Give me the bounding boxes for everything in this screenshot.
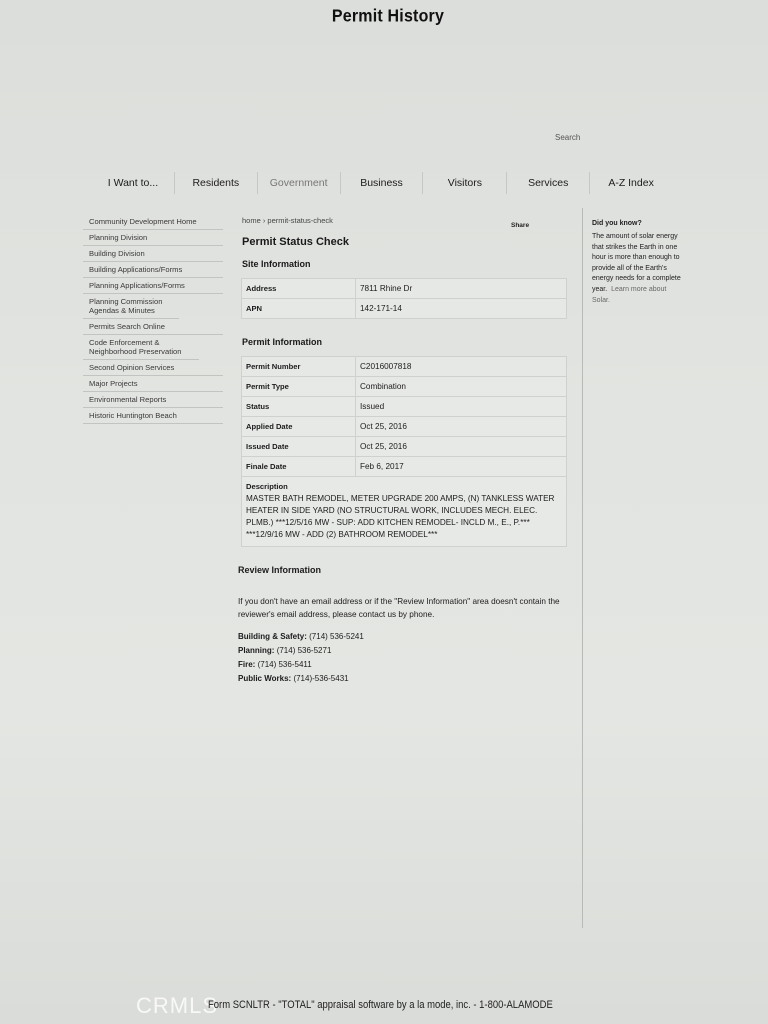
contact-fire: Fire: (714) 536-5411 xyxy=(238,658,570,672)
table-row: Description MASTER BATH REMODEL, METER U… xyxy=(242,477,567,547)
nav-government[interactable]: Government xyxy=(258,172,341,194)
column-divider xyxy=(582,208,583,928)
finale-date-label: Finale Date xyxy=(242,457,356,477)
did-you-know-text: The amount of solar energy that strikes … xyxy=(592,232,682,306)
apn-label: APN xyxy=(242,299,356,319)
issued-date-value: Oct 25, 2016 xyxy=(356,437,567,457)
description-text: MASTER BATH REMODEL, METER UPGRADE 200 A… xyxy=(246,493,562,541)
main-content: home › permit-status-check Share Permit … xyxy=(238,216,570,686)
status-label: Status xyxy=(242,397,356,417)
sidebar-item-planning-applications[interactable]: Planning Applications/Forms xyxy=(83,278,223,294)
permit-information-table: Permit Number C2016007818 Permit Type Co… xyxy=(241,356,567,547)
review-information-heading: Review Information xyxy=(238,565,570,575)
applied-date-label: Applied Date xyxy=(242,417,356,437)
description-label: Description xyxy=(246,481,562,493)
nav-visitors[interactable]: Visitors xyxy=(423,172,507,194)
form-footer: Form SCNLTR - "TOTAL" appraisal software… xyxy=(208,999,553,1011)
contact-building-safety: Building & Safety: (714) 536-5241 xyxy=(238,630,570,644)
address-label: Address xyxy=(242,279,356,299)
phone-number[interactable]: (714) 536-5411 xyxy=(258,660,312,669)
status-value: Issued xyxy=(356,397,567,417)
nav-services[interactable]: Services xyxy=(507,172,590,194)
table-row: Finale Date Feb 6, 2017 xyxy=(242,457,567,477)
nav-residents[interactable]: Residents xyxy=(175,172,258,194)
page-title: Permit Status Check xyxy=(242,236,570,248)
sidebar-nav: Community Development Home Planning Divi… xyxy=(83,214,223,424)
finale-date-value: Feb 6, 2017 xyxy=(356,457,567,477)
sidebar-item-building-applications[interactable]: Building Applications/Forms xyxy=(83,262,223,278)
sidebar-item-second-opinion[interactable]: Second Opinion Services xyxy=(83,360,223,376)
issued-date-label: Issued Date xyxy=(242,437,356,457)
phone-number[interactable]: (714)-536-5431 xyxy=(293,674,348,683)
contact-planning: Planning: (714) 536-5271 xyxy=(238,644,570,658)
sidebar-item-planning-commission[interactable]: Planning Commission Agendas & Minutes xyxy=(83,294,179,319)
permit-number-value: C2016007818 xyxy=(356,357,567,377)
nav-a-z-index[interactable]: A-Z Index xyxy=(590,172,672,194)
table-row: Issued Date Oct 25, 2016 xyxy=(242,437,567,457)
permit-type-value: Combination xyxy=(356,377,567,397)
sidebar-item-permits-search[interactable]: Permits Search Online xyxy=(83,319,223,335)
sidebar-item-environmental-reports[interactable]: Environmental Reports xyxy=(83,392,223,408)
site-information-table: Address 7811 Rhine Dr APN 142-171-14 xyxy=(241,278,567,319)
document-title: Permit History xyxy=(0,7,768,26)
table-row: Permit Number C2016007818 xyxy=(242,357,567,377)
sidebar-item-community-development-home[interactable]: Community Development Home xyxy=(83,214,223,230)
nav-i-want-to[interactable]: I Want to... xyxy=(92,172,175,194)
review-note: If you don't have an email address or if… xyxy=(238,595,578,621)
table-row: Permit Type Combination xyxy=(242,377,567,397)
apn-value: 142-171-14 xyxy=(356,299,567,319)
contact-list: Building & Safety: (714) 536-5241 Planni… xyxy=(238,630,570,686)
description-cell: Description MASTER BATH REMODEL, METER U… xyxy=(242,477,567,547)
table-row: Address 7811 Rhine Dr xyxy=(242,279,567,299)
search-link[interactable]: Search xyxy=(555,133,580,142)
did-you-know-title: Did you know? xyxy=(592,220,682,227)
table-row: APN 142-171-14 xyxy=(242,299,567,319)
main-nav: I Want to... Residents Government Busine… xyxy=(92,170,672,196)
crmls-watermark: CRMLS xyxy=(136,993,218,1019)
did-you-know-panel: Did you know? The amount of solar energy… xyxy=(592,220,682,306)
sidebar-item-building-division[interactable]: Building Division xyxy=(83,246,223,262)
share-button[interactable]: Share xyxy=(511,222,529,229)
sidebar-item-code-enforcement[interactable]: Code Enforcement & Neighborhood Preserva… xyxy=(83,335,199,360)
sidebar-item-planning-division[interactable]: Planning Division xyxy=(83,230,223,246)
table-row: Status Issued xyxy=(242,397,567,417)
phone-number[interactable]: (714) 536-5271 xyxy=(277,646,332,655)
sidebar-item-major-projects[interactable]: Major Projects xyxy=(83,376,223,392)
address-value: 7811 Rhine Dr xyxy=(356,279,567,299)
applied-date-value: Oct 25, 2016 xyxy=(356,417,567,437)
contact-public-works: Public Works: (714)-536-5431 xyxy=(238,672,570,686)
permit-type-label: Permit Type xyxy=(242,377,356,397)
table-row: Applied Date Oct 25, 2016 xyxy=(242,417,567,437)
permit-information-heading: Permit Information xyxy=(242,337,570,347)
sidebar-item-historic-huntington-beach[interactable]: Historic Huntington Beach xyxy=(83,408,223,424)
nav-business[interactable]: Business xyxy=(341,172,424,194)
site-information-heading: Site Information xyxy=(242,259,570,269)
permit-number-label: Permit Number xyxy=(242,357,356,377)
phone-number[interactable]: (714) 536-5241 xyxy=(309,632,364,641)
